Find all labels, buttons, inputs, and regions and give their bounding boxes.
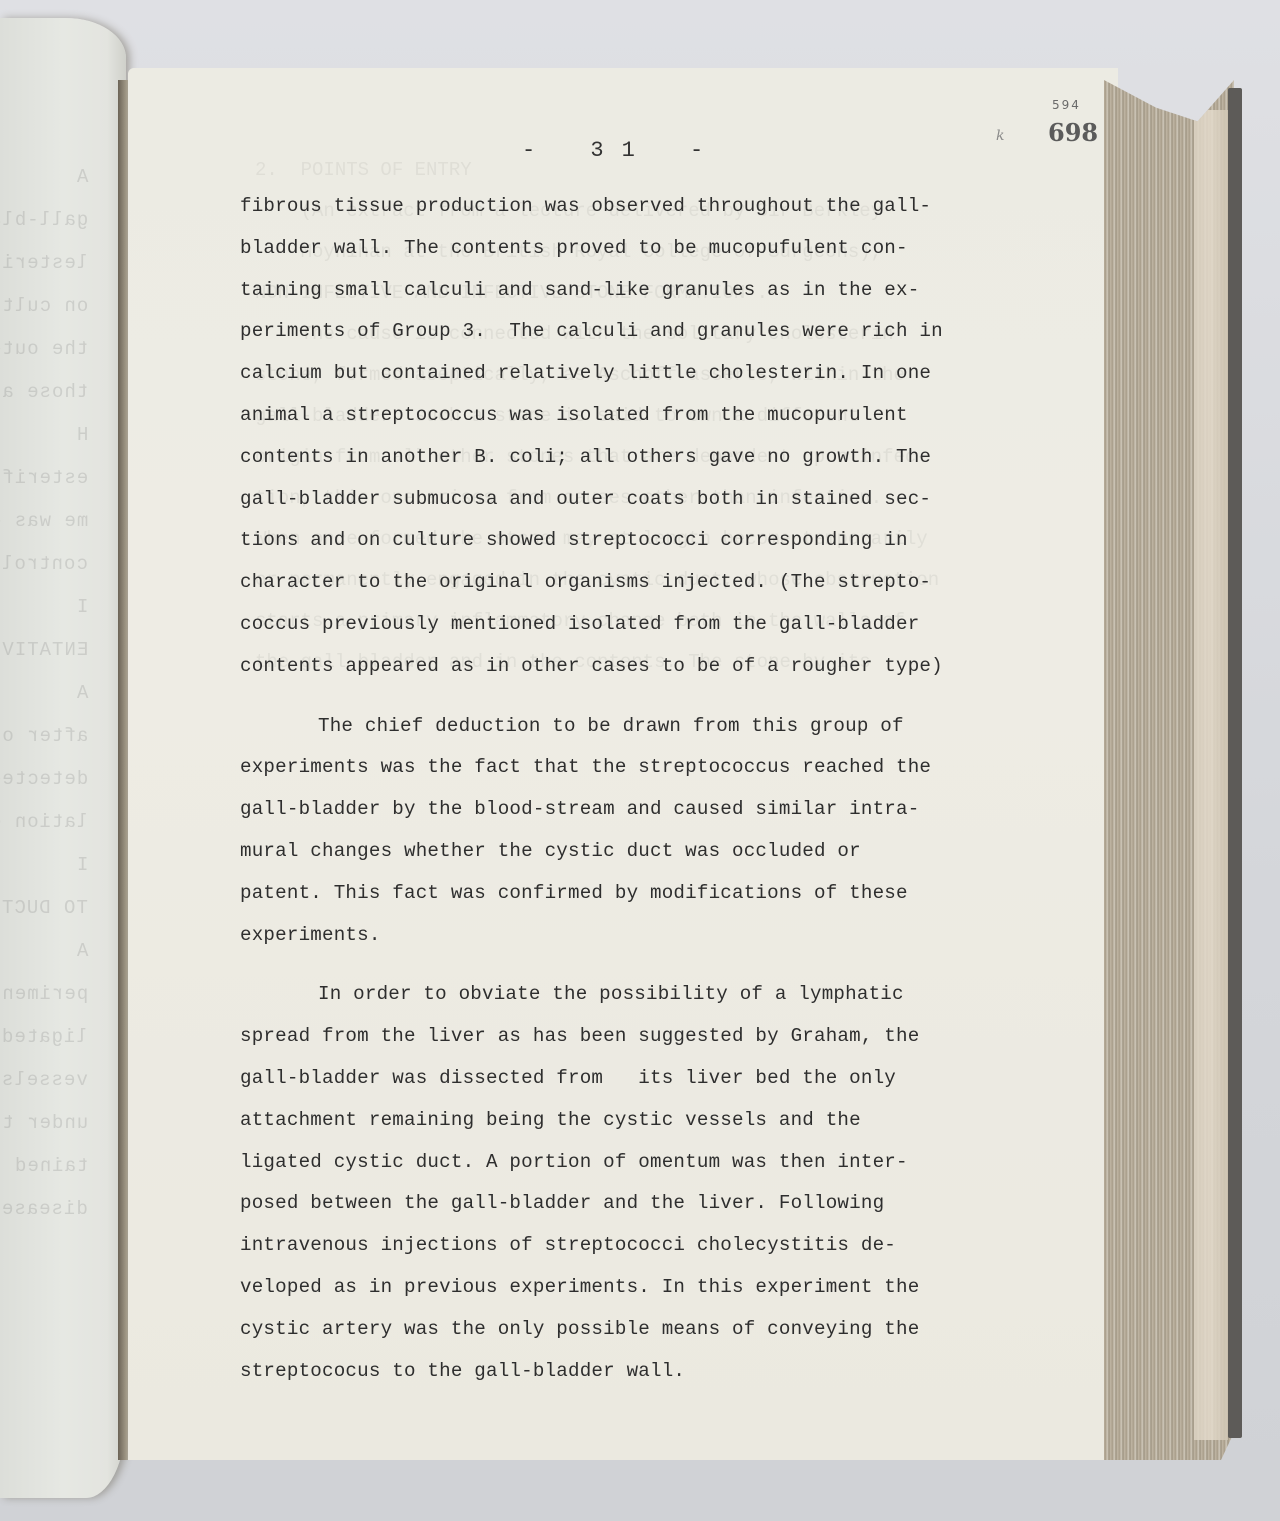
body-text: fibrous tissue production was observed t… (240, 186, 1040, 1392)
text-line: coccus previously mentioned isolated fro… (240, 604, 1040, 646)
left-page-ghost-text: under th (0, 1112, 88, 1134)
text-line: intravenous injections of streptococci c… (240, 1225, 1040, 1267)
paragraph-gap (240, 956, 1040, 974)
book-page-edges (1104, 80, 1234, 1460)
left-page-ghost-text: lation o (0, 811, 88, 833)
left-page-curl: Agall-blalesterinon cultuthe outethose a… (0, 18, 126, 1498)
text-line: periments of Group 3. The calculi and gr… (240, 311, 1040, 353)
left-page-ghost-text: on cultu (0, 295, 88, 317)
text-line: gall-bladder submucosa and outer coats b… (240, 479, 1040, 521)
text-line: posed between the gall-bladder and the l… (240, 1183, 1040, 1225)
text-line: attachment remaining being the cystic ve… (240, 1100, 1040, 1142)
left-page-ghost-text: periment (0, 983, 88, 1005)
wrapper-leaf (1194, 110, 1228, 1440)
left-page-ghost-text: those al (0, 381, 88, 403)
text-line: calcium but contained relatively little … (240, 353, 1040, 395)
left-page-ghost-text: I (76, 854, 88, 876)
left-page-ghost-text: detected (0, 768, 88, 790)
text-line: fibrous tissue production was observed t… (240, 186, 1040, 228)
book-cover-edge (1228, 88, 1242, 1438)
text-line: animal a streptococcus was isolated from… (240, 395, 1040, 437)
text-line: veloped as in previous experiments. In t… (240, 1267, 1040, 1309)
paragraph-1: fibrous tissue production was observed t… (240, 186, 1040, 688)
text-line: mural changes whether the cystic duct wa… (240, 831, 1040, 873)
left-page-ghost-text: gall-bla (0, 209, 88, 231)
left-page-ghost-text: I (76, 596, 88, 618)
text-line: cystic artery was the only possible mean… (240, 1309, 1040, 1351)
archive-number-pencil: 594 (1052, 98, 1081, 112)
text-line: spread from the liver as has been sugges… (240, 1016, 1040, 1058)
text-line: patent. This fact was confirmed by modif… (240, 873, 1040, 915)
text-line: tions and on culture showed streptococci… (240, 520, 1040, 562)
paragraph-3: In order to obviate the possibility of a… (240, 974, 1040, 1392)
left-page-ghost-text: ligated (1, 1026, 88, 1048)
text-line: contents appeared as in other cases to b… (240, 646, 1040, 688)
text-line: bladder wall. The contents proved to be … (240, 228, 1040, 270)
left-page-ghost-text: H (76, 424, 88, 446)
text-line: ligated cystic duct. A portion of omentu… (240, 1142, 1040, 1184)
left-page-ghost-text: A (76, 940, 88, 962)
text-line: taining small calculi and sand-like gran… (240, 270, 1040, 312)
left-page-ghost-text: control (1, 553, 88, 575)
left-page-ghost-text: me was c (0, 510, 88, 532)
left-page-ghost-text: lesterin (0, 252, 88, 274)
text-line: streptococus to the gall-bladder wall. (240, 1351, 1040, 1393)
text-line: The chief deduction to be drawn from thi… (240, 706, 1040, 748)
left-page-ghost-text: TO DUCT (1, 897, 88, 919)
left-page-ghost-text: tained (14, 1155, 88, 1177)
text-line: experiments was the fact that the strept… (240, 747, 1040, 789)
text-line: contents in another B. coli; all others … (240, 437, 1040, 479)
left-page-ghost-text: disease (1, 1198, 88, 1220)
left-page-ghost-text: esterifu (0, 467, 88, 489)
left-page-ghost-text: after or (0, 725, 88, 747)
left-page-ghost-text: ENTATIVE (0, 639, 88, 661)
left-page-ghost-text: A (76, 682, 88, 704)
paragraph-2: The chief deduction to be drawn from thi… (240, 706, 1040, 957)
text-line: character to the original organisms inje… (240, 562, 1040, 604)
text-line: gall-bladder by the blood-stream and cau… (240, 789, 1040, 831)
text-line: In order to obviate the possibility of a… (240, 974, 1040, 1016)
text-line: gall-bladder was dissected from its live… (240, 1058, 1040, 1100)
page-number: - 31 - (522, 138, 721, 163)
left-page-ghost-text: A (76, 166, 88, 188)
left-page-ghost-text: vessels (1, 1069, 88, 1091)
text-line: experiments. (240, 915, 1040, 957)
archive-pencil-mark: k (996, 128, 1004, 144)
paragraph-gap (240, 688, 1040, 706)
archive-stamp-number: 698 (1048, 118, 1098, 147)
left-page-ghost-text: the oute (0, 338, 88, 360)
